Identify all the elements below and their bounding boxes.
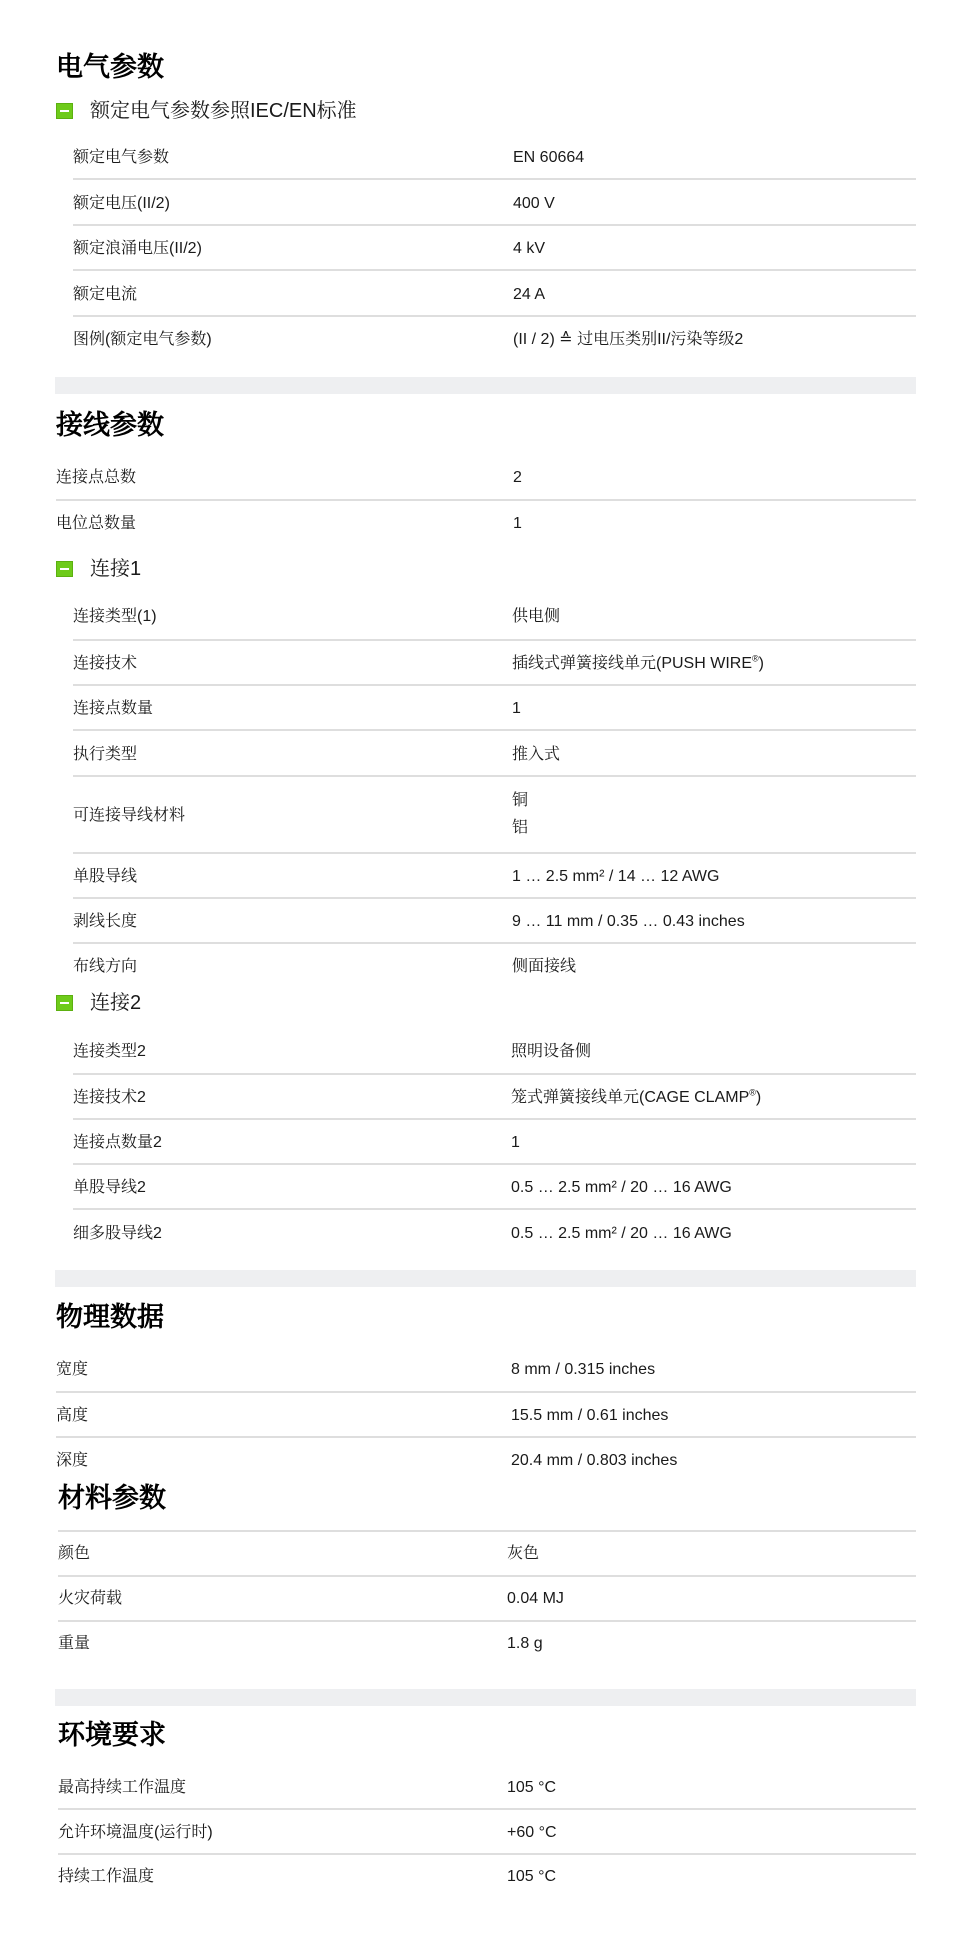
section-divider-band: [55, 1270, 916, 1287]
group-title-connection-1: 连接1: [90, 557, 141, 581]
section-title-physical: 物理数据: [56, 1302, 164, 1332]
row-value: 铝: [512, 818, 528, 838]
row-separator: [73, 1163, 916, 1165]
row-value: 105 °C: [507, 1867, 556, 1887]
row-value: 24 A: [513, 285, 545, 305]
collapse-toggle-icon[interactable]: [56, 995, 73, 1011]
row-separator: [73, 852, 916, 854]
row-separator: [58, 1853, 916, 1855]
row-label: 细多股导线2: [73, 1224, 162, 1244]
row-label: 连接点总数: [56, 468, 136, 488]
row-value: 照明设备侧: [511, 1042, 591, 1062]
group-title-rated-params: 额定电气参数参照IEC/EN标准: [90, 99, 357, 123]
row-separator: [73, 775, 916, 777]
row-separator: [56, 1436, 916, 1438]
row-label: 单股导线: [73, 867, 137, 887]
row-value: 1 … 2.5 mm² / 14 … 12 AWG: [512, 867, 719, 887]
row-label: 额定电压(II/2): [73, 194, 170, 214]
row-separator: [73, 1073, 916, 1075]
section-divider-band: [55, 377, 916, 394]
row-value: 供电侧: [512, 607, 560, 627]
row-label: 单股导线2: [73, 1178, 146, 1198]
row-value: 1: [511, 1133, 520, 1153]
row-separator: [73, 224, 916, 226]
row-label: 连接类型(1): [73, 607, 157, 627]
row-value: (II / 2) ≙ 过电压类别II/污染等级2: [513, 330, 743, 350]
row-value: 15.5 mm / 0.61 inches: [511, 1406, 668, 1426]
row-label: 电位总数量: [56, 514, 136, 534]
row-separator: [73, 315, 916, 317]
row-separator: [73, 269, 916, 271]
row-separator: [58, 1575, 916, 1577]
row-label: 布线方向: [73, 957, 137, 977]
row-value: 0.5 … 2.5 mm² / 20 … 16 AWG: [511, 1178, 732, 1198]
row-label: 高度: [56, 1406, 88, 1426]
row-label: 连接点数量2: [73, 1133, 162, 1153]
section-title-material: 材料参数: [58, 1483, 166, 1513]
row-value: 4 kV: [513, 239, 545, 259]
row-value: 2: [513, 468, 522, 488]
row-label: 额定浪涌电压(II/2): [73, 239, 202, 259]
row-value: 20.4 mm / 0.803 inches: [511, 1451, 677, 1471]
section-divider-band: [55, 1689, 916, 1706]
row-label: 可连接导线材料: [73, 806, 185, 826]
row-label: 最高持续工作温度: [58, 1778, 186, 1798]
row-value: 0.5 … 2.5 mm² / 20 … 16 AWG: [511, 1224, 732, 1244]
row-label: 持续工作温度: [58, 1867, 154, 1887]
row-value: 灰色: [507, 1544, 539, 1564]
row-label: 图例(额定电气参数): [73, 330, 212, 350]
row-separator: [73, 639, 916, 641]
row-separator: [73, 729, 916, 731]
row-value: 400 V: [513, 194, 555, 214]
row-label: 连接点数量: [73, 699, 153, 719]
row-label: 连接技术2: [73, 1088, 146, 1108]
row-separator: [58, 1620, 916, 1622]
row-label: 额定电气参数: [73, 148, 169, 168]
group-title-connection-2: 连接2: [90, 991, 141, 1015]
row-label: 宽度: [56, 1360, 88, 1380]
row-value: 插线式弹簧接线单元(PUSH WIRE®): [512, 654, 764, 674]
row-value: 1.8 g: [507, 1634, 543, 1654]
row-separator: [56, 1391, 916, 1393]
row-value: 1: [513, 514, 522, 534]
row-label: 剥线长度: [73, 912, 137, 932]
row-value: 9 … 11 mm / 0.35 … 0.43 inches: [512, 912, 745, 932]
row-separator: [56, 499, 916, 501]
row-separator: [73, 1118, 916, 1120]
row-separator: [58, 1808, 916, 1810]
row-label: 连接技术: [73, 654, 137, 674]
row-value: 铜: [512, 791, 528, 811]
row-label: 颜色: [58, 1544, 90, 1564]
row-separator: [73, 178, 916, 180]
row-label: 深度: [56, 1451, 88, 1471]
section-title-electrical: 电气参数: [56, 52, 164, 82]
row-label: 允许环境温度(运行时): [58, 1823, 213, 1843]
row-value: 侧面接线: [512, 957, 576, 977]
row-label: 重量: [58, 1634, 90, 1654]
row-label: 连接类型2: [73, 1042, 146, 1062]
row-value: 105 °C: [507, 1778, 556, 1798]
section-title-environment: 环境要求: [58, 1720, 166, 1750]
row-separator: [73, 897, 916, 899]
row-separator: [58, 1530, 916, 1532]
collapse-toggle-icon[interactable]: [56, 103, 73, 119]
row-separator: [73, 684, 916, 686]
row-value: 0.04 MJ: [507, 1589, 564, 1609]
row-value: 1: [512, 699, 521, 719]
row-value: 8 mm / 0.315 inches: [511, 1360, 655, 1380]
row-separator: [73, 1208, 916, 1210]
row-label: 执行类型: [73, 745, 137, 765]
row-value: EN 60664: [513, 148, 584, 168]
row-label: 额定电流: [73, 285, 137, 305]
row-label: 火灾荷载: [58, 1589, 122, 1609]
collapse-toggle-icon[interactable]: [56, 561, 73, 577]
section-title-connection: 接线参数: [56, 410, 164, 440]
row-separator: [73, 942, 916, 944]
row-value: 笼式弹簧接线单元(CAGE CLAMP®): [511, 1088, 761, 1108]
row-value: 推入式: [512, 745, 560, 765]
row-value: +60 °C: [507, 1823, 557, 1843]
